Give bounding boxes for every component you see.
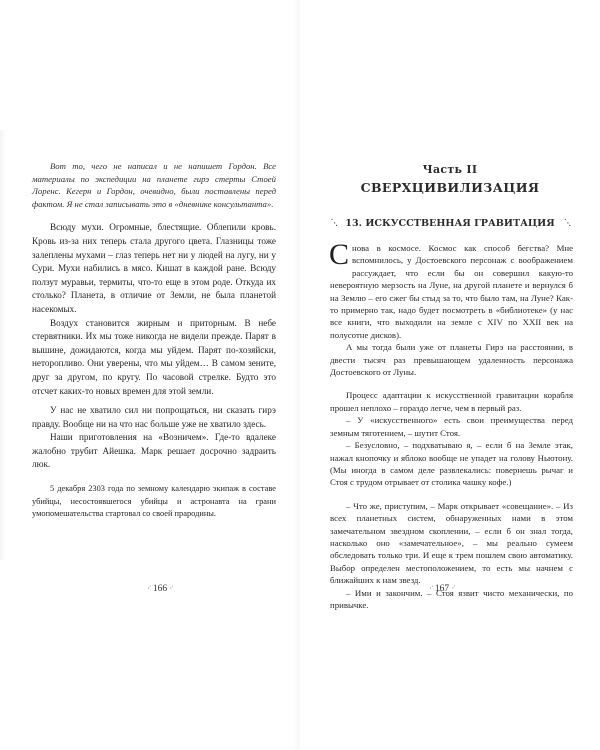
body-paragraph: Наши приготовления на «Возничем». Где-то… xyxy=(32,431,276,472)
dialogue-paragraph: – У «искусственного» есть свои преимущес… xyxy=(330,414,573,439)
opening-paragraph-text: нова в космосе. Космос как способ бегств… xyxy=(330,243,573,340)
opening-paragraph: С нова в космосе. Космос как способ бегс… xyxy=(330,242,573,341)
ornament-icon: ·˙ xyxy=(452,584,455,593)
ornament-icon: ·˙ xyxy=(147,584,150,593)
body-paragraph: Процесс адаптации к искусственной гравит… xyxy=(330,389,573,414)
part-label: Часть II xyxy=(300,163,600,176)
ornament-icon: ˙·. xyxy=(563,219,570,229)
body-paragraph: У нас не хватило сил ни попрощаться, ни … xyxy=(32,404,276,431)
left-page: Вот то, чего не написал и не напишет Гор… xyxy=(0,0,300,750)
ornament-icon: ˙·. xyxy=(330,219,337,229)
body-paragraph: А мы тогда были уже от планеты Гирэ на р… xyxy=(330,341,573,378)
chapter-title: 13. ИСКУССТВЕННАЯ ГРАВИТАЦИЯ xyxy=(345,218,554,229)
body-paragraph: Всюду мухи. Огромные, блестящие. Облепил… xyxy=(32,221,276,316)
page-edge-shadow xyxy=(0,130,6,560)
ornament-icon: ·˙ xyxy=(429,584,432,593)
drop-cap: С xyxy=(329,243,349,267)
page-number-value: 166 xyxy=(153,584,167,594)
page-number-left: ·˙ 166 ·˙ xyxy=(120,584,200,594)
part-title: СВЕРХЦИВИЛИЗАЦИЯ xyxy=(300,180,600,195)
right-page-text: С нова в космосе. Космос как способ бегс… xyxy=(330,242,573,611)
page-number-right: ·˙ 167 ·˙ xyxy=(402,584,482,594)
book-spread: Вот то, чего не написал и не напишет Гор… xyxy=(0,0,600,750)
body-paragraph: Воздух становится жирным и приторным. В … xyxy=(32,317,276,399)
chapter-heading: ˙·. 13. ИСКУССТВЕННАЯ ГРАВИТАЦИЯ ˙·. xyxy=(300,218,600,229)
page-number-value: 167 xyxy=(435,584,449,594)
ornament-icon: ·˙ xyxy=(170,584,173,593)
dialogue-paragraph: – Безусловно, – подхватываю я, – если б … xyxy=(330,439,573,489)
closing-paragraph: 5 декабря 2303 года по земному календарю… xyxy=(32,483,276,521)
dialogue-paragraph: – Что же, приступим, – Марк открывает «с… xyxy=(330,500,573,587)
left-page-text: Вот то, чего не написал и не напишет Гор… xyxy=(32,160,276,521)
italic-intro-paragraph: Вот то, чего не написал и не напишет Гор… xyxy=(32,160,276,210)
